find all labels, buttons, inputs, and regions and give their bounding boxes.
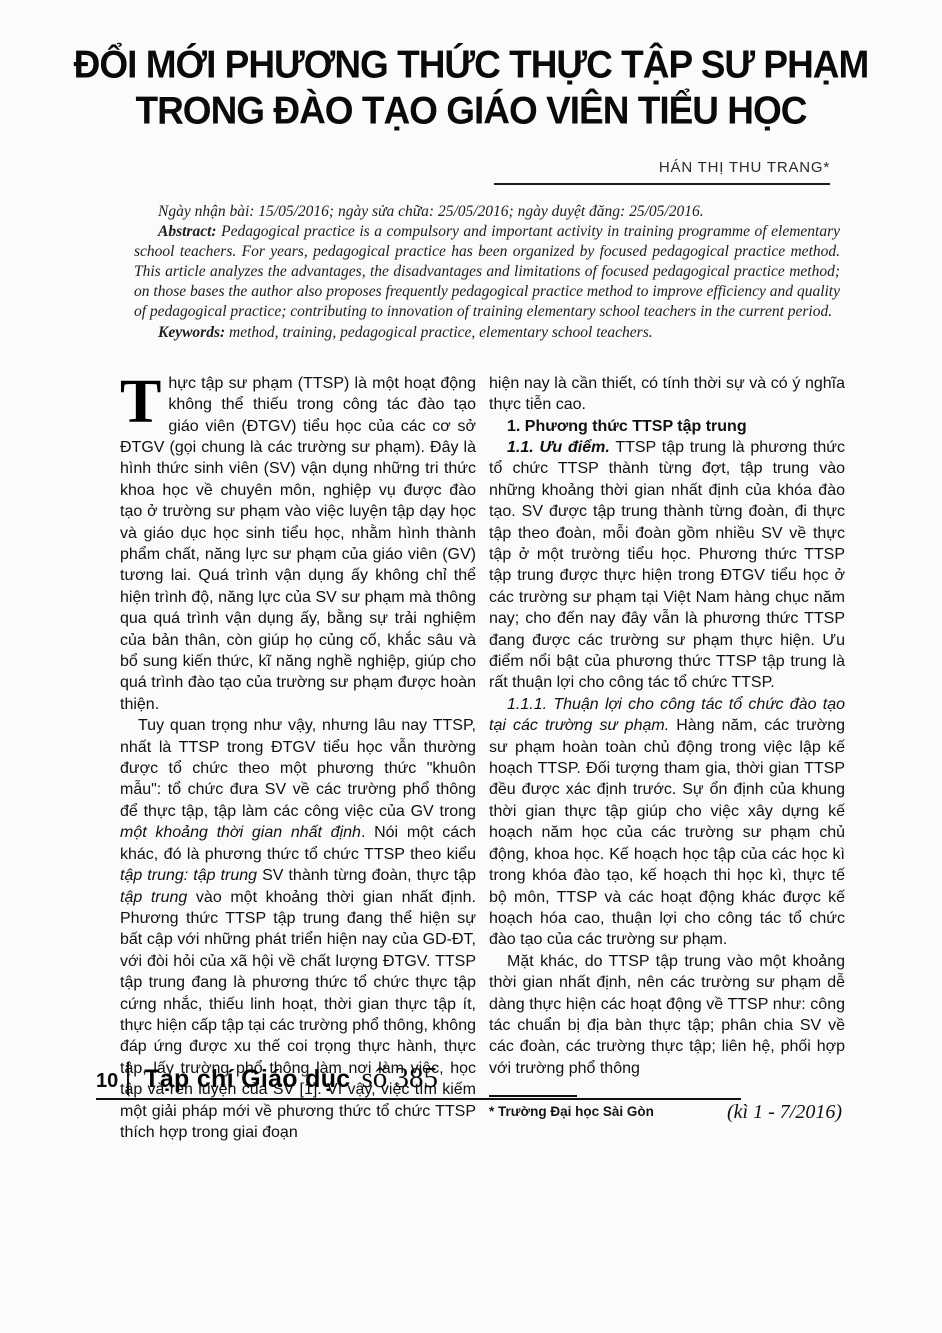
paragraph: 1.1. Ưu điểm. TTSP tập trung là phương t… — [489, 437, 845, 694]
footer-rule — [96, 1098, 741, 1100]
author-underline — [494, 183, 830, 185]
author-name: HÁN THỊ THU TRANG* — [0, 159, 830, 176]
drop-cap: T — [120, 373, 168, 428]
page-number: 10 — [96, 1062, 127, 1093]
keywords-text: method, training, pedagogical practice, … — [229, 324, 653, 341]
abstract-text: Pedagogical practice is a compulsory and… — [134, 223, 840, 321]
issue-period: (kì 1 - 7/2016) — [96, 1101, 842, 1124]
front-matter: Ngày nhận bài: 15/05/2016; ngày sửa chữa… — [134, 202, 840, 343]
paragraph: 1. Phương thức TTSP tập trung — [489, 416, 845, 437]
paragraph: Mặt khác, do TTSP tập trung vào một khoả… — [489, 951, 845, 1079]
page-title: ĐỔI MỚI PHƯƠNG THỨC THỰC TẬP SƯ PHẠM TRO… — [70, 42, 872, 135]
dates-line: Ngày nhận bài: 15/05/2016; ngày sửa chữa… — [134, 202, 840, 222]
body-columns: Thực tập sư phạm (TTSP) là một hoạt động… — [120, 373, 845, 1144]
column-left: Thực tập sư phạm (TTSP) là một hoạt động… — [120, 373, 476, 1144]
page-title-line1: ĐỔI MỚI PHƯƠNG THỨC THỰC TẬP SƯ PHẠM — [70, 42, 872, 89]
abstract-label: Abstract: — [158, 223, 221, 240]
issue-number: số 385 — [361, 1062, 438, 1095]
journal-page: ĐỔI MỚI PHƯƠNG THỨC THỰC TẬP SƯ PHẠM TRO… — [0, 0, 942, 1333]
abstract: Abstract: Pedagogical practice is a comp… — [134, 222, 840, 323]
footer-vertical-divider — [127, 1062, 129, 1095]
keywords-label: Keywords: — [158, 324, 229, 341]
page-title-line2: TRONG ĐÀO TẠO GIÁO VIÊN TIỂU HỌC — [70, 88, 872, 135]
paragraph: Thực tập sư phạm (TTSP) là một hoạt động… — [120, 373, 476, 716]
column-right-paragraphs: hiện nay là cần thiết, có tính thời sự v… — [489, 373, 845, 1079]
footer-main: 10 Tạp chí Giáo dục số 385 — [96, 1062, 842, 1095]
keywords: Keywords: method, training, pedagogical … — [134, 323, 840, 343]
paragraph: 1.1.1. Thuận lợi cho công tác tổ chức đà… — [489, 694, 845, 951]
page-footer: 10 Tạp chí Giáo dục số 385 (kì 1 - 7/201… — [96, 1062, 842, 1124]
column-right: hiện nay là cần thiết, có tính thời sự v… — [489, 373, 845, 1144]
paragraph: hiện nay là cần thiết, có tính thời sự v… — [489, 373, 845, 416]
journal-name: Tạp chí Giáo dục — [144, 1065, 350, 1094]
